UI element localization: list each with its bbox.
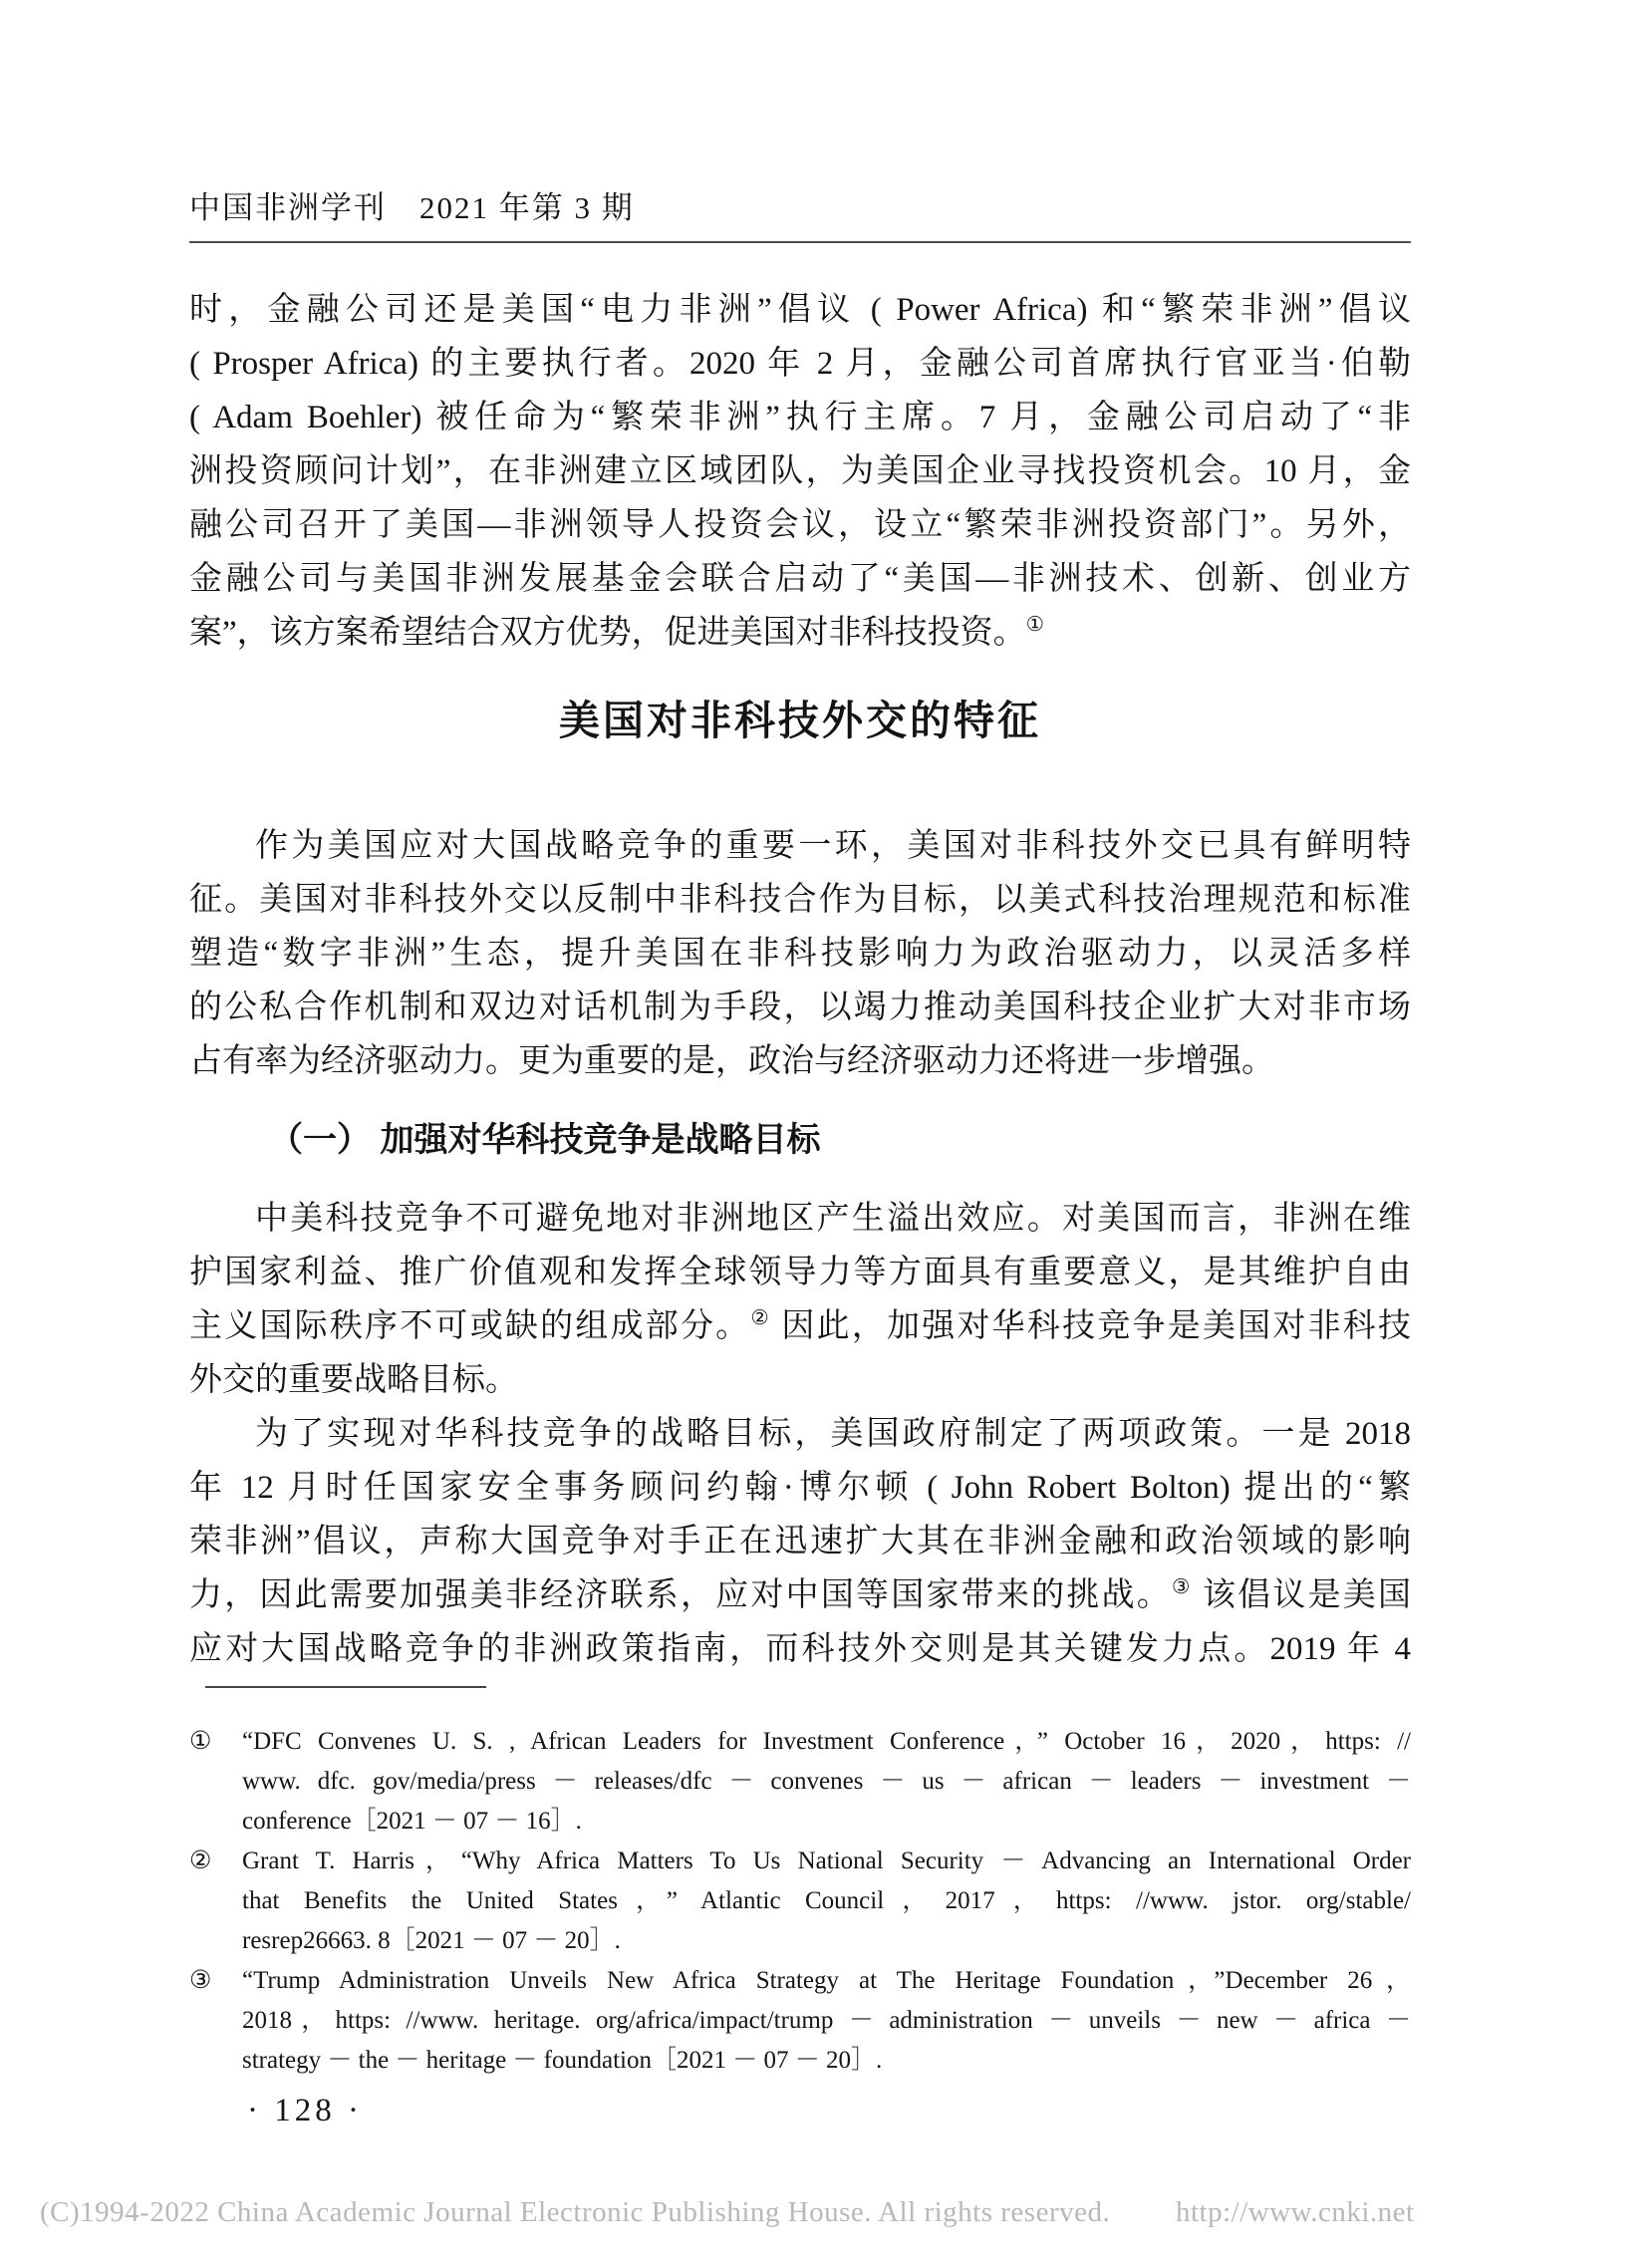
- text-line: 征。美国对非科技外交以反制中非科技合作为目标，以美式科技治理规范和标准: [189, 873, 1411, 927]
- text-line: 时，金融公司还是美国“电力非洲”倡议 ( Power Africa) 和“繁荣非…: [189, 283, 1411, 337]
- text-line: 荣非洲”倡议，声称大国竞争对手正在迅速扩大其在非洲金融和政治领域的影响: [189, 1515, 1411, 1568]
- subsection-heading: （一） 加强对华科技竞争是战略目标: [189, 1112, 1411, 1168]
- footnote-line: ①“DFC Convenes U. S. , African Leaders f…: [189, 1722, 1411, 1762]
- footnote-item: ①“DFC Convenes U. S. , African Leaders f…: [189, 1722, 1411, 1842]
- footnote-line: ③“Trump Administration Unveils New Afric…: [189, 1961, 1411, 2001]
- text-line: 护国家利益、推广价值观和发挥全球领导力等方面具有重要意义，是其维护自由: [189, 1246, 1411, 1299]
- footnote-line: ②Grant T. Harris，“Why Africa Matters To …: [189, 1842, 1411, 1881]
- footnotes: ①“DFC Convenes U. S. , African Leaders f…: [189, 1722, 1411, 2081]
- text-line: 外交的重要战略目标。: [189, 1353, 1411, 1407]
- footnote-item: ②Grant T. Harris，“Why Africa Matters To …: [189, 1842, 1411, 1961]
- text-line: 中美科技竞争不可避免地对非洲地区产生溢出效应。对美国而言，非洲在维: [189, 1192, 1411, 1246]
- section-title: 美国对非科技外交的特征: [189, 688, 1411, 753]
- text-line: 金融公司与美国非洲发展基金会联合启动了“美国—非洲技术、创新、创业方: [189, 552, 1411, 606]
- footnote-line: 2018，https: //www. heritage. org/africa/…: [242, 2001, 1411, 2041]
- text-line: 年 12 月时任国家安全事务顾问约翰·博尔顿 ( John Robert Bol…: [189, 1461, 1411, 1515]
- copyright-text: (C)1994-2022 China Academic Journal Elec…: [40, 2196, 1110, 2228]
- footnote-line: resrep26663. 8［2021 － 07 － 20］.: [242, 1921, 1411, 1961]
- footnote-line: conference［2021 － 07 － 16］.: [242, 1802, 1411, 1842]
- footnote-marker: ①: [189, 1722, 242, 1762]
- text-line: 的公私合作机制和双边对话机制为手段，以竭力推动美国科技企业扩大对非市场: [189, 981, 1411, 1034]
- text-line: 占有率为经济驱动力。更为重要的是，政治与经济驱动力还将进一步增强。: [189, 1034, 1411, 1088]
- footnote-marker: ②: [189, 1842, 242, 1881]
- text-line: 融公司召开了美国—非洲领导人投资会议，设立“繁荣非洲投资部门”。另外，: [189, 498, 1411, 552]
- copyright-footer: (C)1994-2022 China Academic Journal Elec…: [40, 2196, 1415, 2229]
- paragraph-3: 中美科技竞争不可避免地对非洲地区产生溢出效应。对美国而言，非洲在维护国家利益、推…: [189, 1192, 1411, 1407]
- paragraph-1: 时，金融公司还是美国“电力非洲”倡议 ( Power Africa) 和“繁荣非…: [189, 283, 1411, 660]
- footnote-divider: [205, 1686, 486, 1688]
- footnote-ref: ②: [750, 1307, 771, 1329]
- text-line: 塑造“数字非洲”生态，提升美国在非科技影响力为政治驱动力，以灵活多样: [189, 927, 1411, 981]
- journal-header: 中国非洲学刊 2021 年第 3 期: [189, 0, 1411, 227]
- text-line: ( Adam Boehler) 被任命为“繁荣非洲”执行主席。7 月，金融公司启…: [189, 391, 1411, 444]
- header-divider: [189, 241, 1411, 243]
- article-body: 时，金融公司还是美国“电力非洲”倡议 ( Power Africa) 和“繁荣非…: [189, 283, 1411, 2132]
- text-line: 案”，该方案希望结合双方优势，促进美国对非科技投资。①: [189, 606, 1411, 660]
- footnote-ref: ③: [1172, 1576, 1193, 1598]
- footnote-line: www. dfc. gov/media/press － releases/dfc…: [242, 1762, 1411, 1802]
- footnote-item: ③“Trump Administration Unveils New Afric…: [189, 1961, 1411, 2081]
- text-line: ( Prosper Africa) 的主要执行者。2020 年 2 月，金融公司…: [189, 337, 1411, 391]
- text-line: 主义国际秩序不可或缺的组成部分。② 因此，加强对华科技竞争是美国对非科技: [189, 1299, 1411, 1353]
- footnote-line: that Benefits the United States，” Atlant…: [242, 1881, 1411, 1921]
- footer-url: http://www.cnki.net: [1176, 2196, 1415, 2228]
- paragraph-2: 作为美国应对大国战略竞争的重要一环，美国对非科技外交已具有鲜明特征。美国对非科技…: [189, 819, 1411, 1088]
- page-content-column: 中国非洲学刊 2021 年第 3 期 时，金融公司还是美国“电力非洲”倡议 ( …: [189, 0, 1411, 2132]
- footnote-ref: ①: [1026, 614, 1044, 636]
- page-number: · 128 ·: [247, 2089, 1411, 2132]
- text-line: 力，因此需要加强美非经济联系，应对中国等国家带来的挑战。③ 该倡议是美国: [189, 1568, 1411, 1622]
- footnote-line: strategy － the － heritage － foundation［2…: [242, 2041, 1411, 2081]
- text-line: 为了实现对华科技竞争的战略目标，美国政府制定了两项政策。一是 2018: [189, 1407, 1411, 1461]
- text-line: 作为美国应对大国战略竞争的重要一环，美国对非科技外交已具有鲜明特: [189, 819, 1411, 873]
- text-line: 洲投资顾问计划”，在非洲建立区域团队，为美国企业寻找投资机会。10 月，金: [189, 444, 1411, 498]
- journal-page: 中国非洲学刊 2021 年第 3 期 时，金融公司还是美国“电力非洲”倡议 ( …: [0, 0, 1648, 2268]
- paragraph-4: 为了实现对华科技竞争的战略目标，美国政府制定了两项政策。一是 2018年 12 …: [189, 1407, 1411, 1676]
- footnote-marker: ③: [189, 1961, 242, 2001]
- text-line: 应对大国战略竞争的非洲政策指南，而科技外交则是其关键发力点。2019 年 4: [189, 1622, 1411, 1676]
